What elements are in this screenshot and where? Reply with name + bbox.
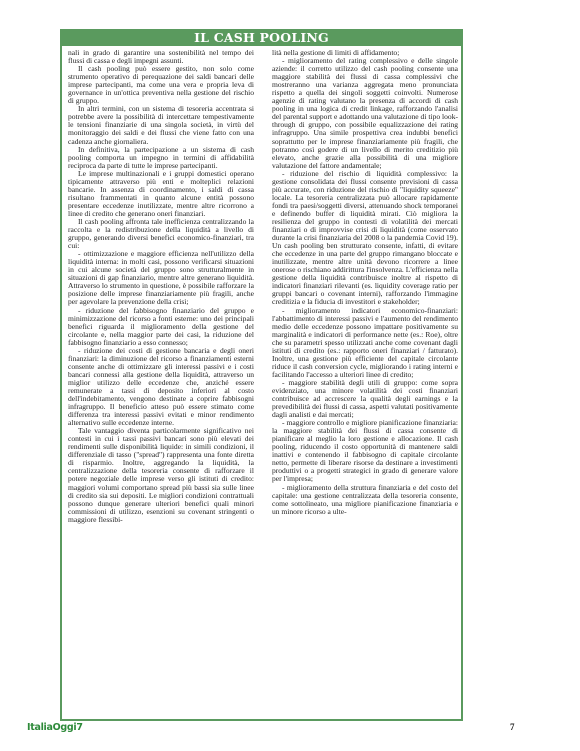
article-body: nali in grado di garantire una sostenibi… <box>68 49 458 719</box>
paragraph: Tale vantaggio diventa particolarmente s… <box>68 427 254 524</box>
paragraph: - ottimizzazione e maggiore efficienza n… <box>68 250 254 306</box>
paragraph: In definitiva, la partecipazione a un si… <box>68 146 254 170</box>
paragraph: In altri termini, con un sistema di teso… <box>68 105 254 145</box>
paragraph: - maggiore controllo e migliore pianific… <box>272 419 458 483</box>
page-number: 7 <box>510 722 515 732</box>
paragraph: nali in grado di garantire una sostenibi… <box>68 49 254 65</box>
paragraph: - maggiore stabilità degli utili di grup… <box>272 379 458 419</box>
paragraph: Le imprese multinazionali e i gruppi dom… <box>68 170 254 218</box>
publication-logo: ItaliaOggi7 <box>27 722 83 733</box>
paragraph: - miglioramento del rating complessivo e… <box>272 57 458 170</box>
section-title: IL CASH POOLING <box>60 29 463 46</box>
paragraph: - riduzione del fabbisogno finanziario d… <box>68 307 254 347</box>
left-column: nali in grado di garantire una sostenibi… <box>68 49 254 719</box>
right-column: lità nella gestione di limiti di affidam… <box>272 49 458 719</box>
paragraph: - miglioramento indicatori economico-fin… <box>272 307 458 379</box>
paragraph: - miglioramento della struttura finanzia… <box>272 484 458 516</box>
paragraph: Il cash pooling può essere gestito, non … <box>68 65 254 105</box>
paragraph: Il cash pooling affronta tale inefficien… <box>68 218 254 250</box>
paragraph: - riduzione del rischio di liquidità com… <box>272 170 458 307</box>
paragraph: - riduzione dei costi di gestione bancar… <box>68 347 254 427</box>
